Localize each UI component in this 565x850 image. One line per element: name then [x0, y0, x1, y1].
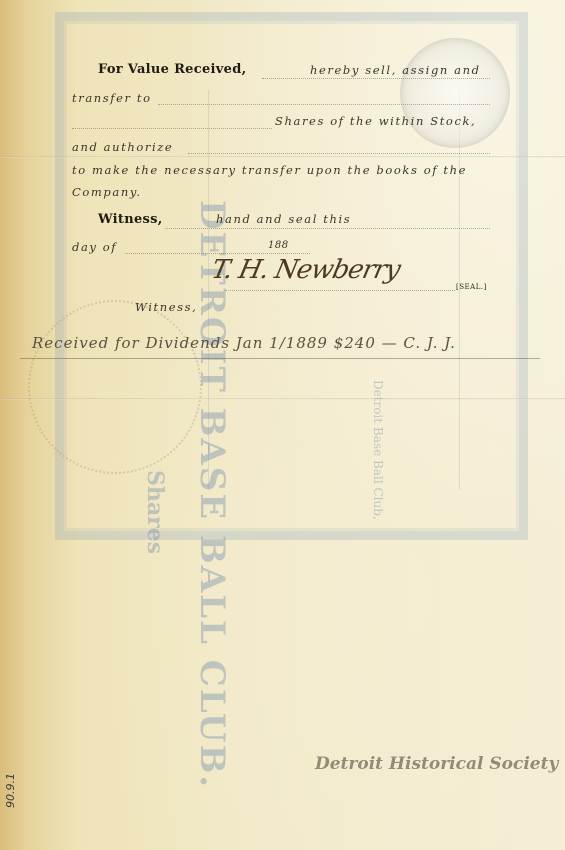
blank-line: [165, 228, 490, 229]
transfer-books-text: to make the necessary transfer upon the …: [72, 163, 467, 177]
embossed-seal-icon: [400, 38, 510, 148]
shares-text: Shares of the within Stock,: [275, 114, 476, 128]
year-prefix: 188: [268, 240, 289, 251]
sell-assign-text: hereby sell, assign and: [310, 63, 481, 77]
handwritten-dividend-note: Received for Dividends Jan 1/1889 $240 —…: [32, 334, 456, 352]
signature-line: [225, 290, 455, 291]
bleed-through-title: DETROIT BASE BALL CLUB.: [192, 200, 232, 789]
seal-label: [SEAL.]: [456, 283, 487, 291]
blank-line: [188, 153, 490, 154]
watermark: Detroit Historical Society: [315, 754, 558, 774]
company-text: Company.: [72, 185, 142, 199]
witness-heading: Witness,: [98, 212, 163, 227]
blank-line: [125, 253, 310, 254]
authorize-text: and authorize: [72, 140, 173, 154]
witness-label: Witness,: [135, 300, 197, 314]
blank-line: [158, 104, 490, 105]
fold-line: [0, 398, 565, 400]
transfer-to-text: transfer to: [72, 91, 152, 105]
blank-line: [72, 128, 272, 129]
note-rule: [20, 358, 540, 359]
document-page: DETROIT BASE BALL CLUB. Shares Detroit B…: [0, 0, 565, 850]
fold-line: [0, 156, 565, 158]
faint-stamp-icon: [28, 300, 202, 474]
day-of-text: day of: [72, 240, 117, 254]
for-value-received-heading: For Value Received,: [98, 62, 246, 77]
bleed-through-line: Detroit Base Ball Club,: [371, 380, 385, 520]
signature: T. H. Newberry: [209, 255, 403, 285]
blank-line: [262, 78, 490, 79]
accession-number: 90.9.1: [4, 773, 17, 808]
hand-and-seal-text: hand and seal this: [216, 212, 351, 226]
bleed-through-subtitle: Shares: [142, 470, 168, 554]
